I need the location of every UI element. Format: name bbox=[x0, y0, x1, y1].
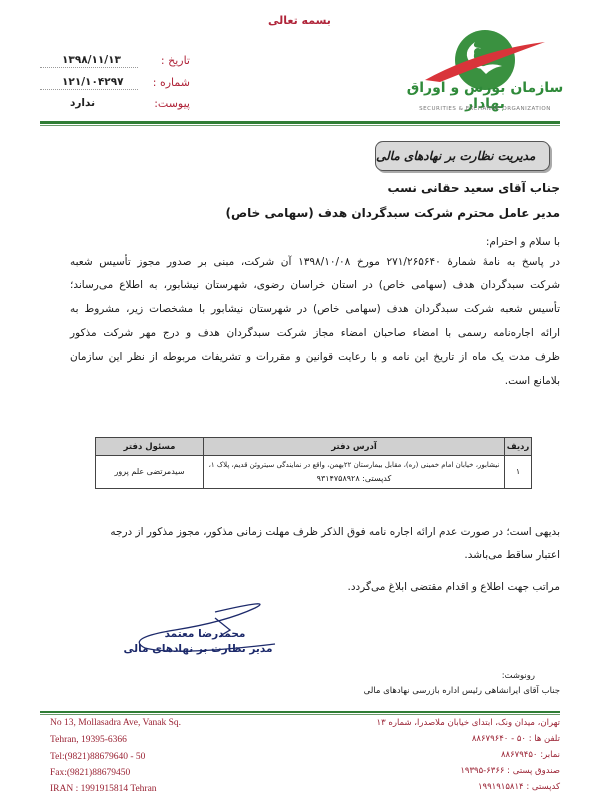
header-divider-thin bbox=[40, 125, 560, 126]
cell-index: ۱ bbox=[505, 456, 532, 489]
body-line: ظرف مدت یک ماه از تاریخ این نامه و با رع… bbox=[70, 351, 560, 363]
recipient-name: جناب آقای سعید حقانی نسب bbox=[387, 181, 560, 195]
col-header-index: ردیف bbox=[505, 438, 532, 456]
footer-divider-thin bbox=[40, 714, 560, 715]
footer-tel-fa: تلفن ها : ۵۰ - ۸۸۶۷۹۶۴۰ bbox=[472, 734, 560, 744]
dotted-line bbox=[40, 89, 138, 90]
body-line: بلامانع است. bbox=[70, 375, 560, 387]
number-label: شماره : bbox=[153, 76, 190, 89]
address-line: نیشابور، خیابان امام خمینی (ره)، مقابل ب… bbox=[208, 458, 500, 472]
attachment-row: پیوست: ندارد bbox=[40, 97, 190, 115]
body-line: تأسیس شعبه شرکت سبدگردان هدف (سهامی خاص)… bbox=[70, 303, 560, 315]
date-label: تاریخ : bbox=[161, 54, 190, 67]
date-value: ۱۳۹۸/۱۱/۱۳ bbox=[60, 54, 123, 66]
number-value: ۱۲۱/۱۰۴۲۹۷ bbox=[60, 76, 126, 88]
cell-address: نیشابور، خیابان امام خمینی (ره)، مقابل ب… bbox=[204, 456, 505, 489]
footer-fax-fa: نمابر: ۸۸۶۷۹۴۵۰ bbox=[501, 750, 560, 760]
attachment-label: پیوست: bbox=[154, 97, 190, 110]
signatory-name: محمدرضا معتمد bbox=[130, 628, 280, 640]
body-line: ارائه اجاره‌نامه رسمی با امضاء صاحبان ام… bbox=[70, 327, 560, 339]
col-header-address: آدرس دفتر bbox=[204, 438, 505, 456]
bismillah-heading: بسمه تعالی bbox=[268, 14, 331, 27]
department-box: مدیریت نظارت بر نهادهای مالی bbox=[375, 141, 550, 171]
footer-address-en: No 13, Mollasadra Ave, Vanak Sq. bbox=[50, 718, 181, 728]
cell-manager: سیدمرتضی علم پرور bbox=[96, 456, 204, 489]
header-divider bbox=[40, 121, 560, 124]
signatory-title: مدیر نظارت بر نهادهای مالی bbox=[118, 643, 278, 655]
org-name-en: SECURITIES & EXCHANGE ORGANIZATION bbox=[395, 106, 575, 112]
footer-pobox-fa: صندوق پستی : ۶۳۶۶-۱۹۳۹۵ bbox=[460, 766, 560, 776]
footer-postal-en: IRAN : 1991915814 Tehran bbox=[50, 784, 157, 794]
body-line: در پاسخ به نامهٔ شمارهٔ ۲۷۱/۲۶۵۶۴۰ مورخ … bbox=[70, 256, 560, 268]
number-row: شماره : ۱۲۱/۱۰۴۲۹۷ bbox=[40, 76, 190, 94]
footer-address-fa: تهران، میدان ونک، ابتدای خیابان ملاصدرا،… bbox=[377, 718, 560, 728]
offices-table: ردیف آدرس دفتر مسئول دفتر ۱ نیشابور، خیا… bbox=[95, 437, 532, 489]
footer-divider bbox=[40, 711, 560, 713]
closing-line: بدیهی است؛ در صورت عدم ارائه اجاره نامه … bbox=[110, 526, 560, 538]
postal-code: کدپستی: ۹۳۱۴۷۵۸۹۲۸ bbox=[208, 472, 500, 486]
dotted-line bbox=[40, 67, 138, 68]
date-row: تاریخ : ۱۳۹۸/۱۱/۱۳ bbox=[40, 54, 190, 72]
cc-line: جناب آقای ایرانشاهی رئیس اداره بازرسی نه… bbox=[364, 686, 560, 696]
footer-tel-en: Tel:(9821)88679640 - 50 bbox=[50, 752, 145, 762]
closing-line: اعتبار ساقط می‌باشد. bbox=[464, 549, 560, 561]
table-header-row: ردیف آدرس دفتر مسئول دفتر bbox=[96, 438, 532, 456]
recipient-title: مدیر عامل محترم شرکت سبدگردان هدف (سهامی… bbox=[226, 206, 560, 220]
footer-city-en: Tehran, 19395-6366 bbox=[50, 735, 127, 745]
attachment-value: ندارد bbox=[70, 97, 95, 109]
col-header-manager: مسئول دفتر bbox=[96, 438, 204, 456]
footer-fax-en: Fax:(9821)88679450 bbox=[50, 768, 130, 778]
table-row: ۱ نیشابور، خیابان امام خمینی (ره)، مقابل… bbox=[96, 456, 532, 489]
department-label: مدیریت نظارت بر نهادهای مالی bbox=[376, 149, 535, 163]
closing-line: مراتب جهت اطلاع و اقدام مقتضی ابلاغ می‌گ… bbox=[347, 581, 560, 593]
cc-label: رونوشت: bbox=[502, 671, 535, 681]
greeting: با سلام و احترام: bbox=[486, 236, 560, 248]
body-line: شرکت سبدگردان هدف (سهامی خاص) در استان خ… bbox=[70, 279, 560, 291]
footer-postal-fa: کدپستی : ۱۹۹۱۹۱۵۸۱۴ bbox=[478, 782, 560, 792]
